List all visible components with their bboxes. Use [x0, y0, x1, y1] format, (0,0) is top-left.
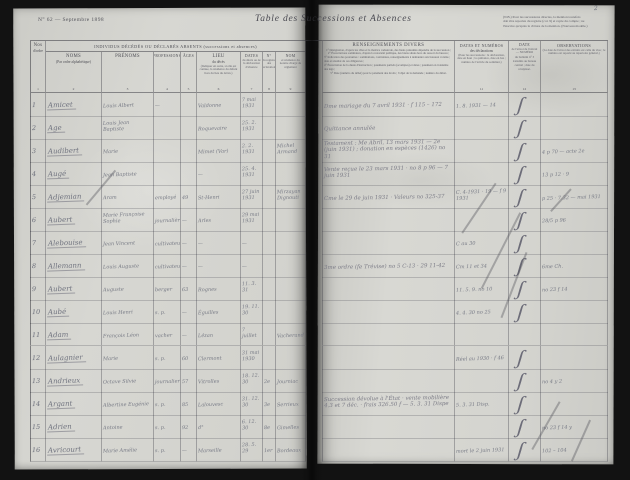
row-number-cell: 5: [30, 185, 46, 209]
dispatch-paraph-cell: ∫: [509, 300, 541, 324]
death-date-cell: 19. 11. 30: [241, 300, 263, 324]
observation: 4 p 70 — acte 2e: [542, 149, 585, 156]
death-date: 27 juin 1931: [242, 190, 261, 202]
book-gutter-cell: [306, 300, 322, 324]
age-cell: [181, 162, 197, 186]
paraph-flourish: ∫: [515, 301, 526, 322]
row-number: 13: [32, 378, 41, 386]
given-names-cell: Octave Silvie: [102, 369, 154, 393]
register-number-cell: [263, 323, 276, 346]
dispatch-paraph-cell: ∫: [509, 415, 541, 439]
death-place: d°: [198, 426, 204, 432]
row-number: 9: [32, 286, 36, 294]
observations-cell: 4 p 70 — acte 2e: [541, 139, 608, 163]
misc-information: Quittance annulée: [324, 126, 375, 133]
table-row: 12 Aulagnier Marie s. p. 60 Clermont 31 …: [30, 346, 608, 369]
profession-cell: berger: [154, 277, 181, 301]
given-names: Marie Amélie: [103, 448, 137, 455]
surname: Allemann: [47, 261, 85, 271]
paraph-flourish: ∫: [515, 232, 526, 253]
death-place-cell: d°: [197, 415, 241, 439]
dispatch-paraph-cell: [509, 323, 541, 346]
issue-number: N° 62 — Septembre 1898: [38, 17, 104, 23]
surname: Aubert: [47, 285, 76, 295]
row-number: 5: [32, 194, 36, 202]
dispatch-paraph-cell: ∫: [509, 93, 541, 117]
death-place-cell: Arles: [197, 208, 241, 232]
surname: Aubert: [47, 216, 76, 226]
surname-cell: Aubert: [46, 208, 102, 232]
death-place-cell: Valdonne: [197, 93, 241, 117]
declaration-cell: [455, 415, 509, 439]
scanned-register-spread: N° 62 — Septembre 1898 Table des Success…: [0, 0, 630, 480]
observations-cell: 6me Ch.: [541, 254, 608, 278]
book-gutter-cell: [306, 438, 322, 462]
notary: Vacherand: [277, 334, 304, 341]
notary-cell: [276, 208, 306, 232]
age-cell: —: [181, 438, 197, 462]
profession: journalière: [155, 219, 181, 226]
book-gutter-cell: [306, 162, 322, 186]
profession: s. p.: [155, 449, 166, 455]
row-number-cell: 2: [30, 116, 46, 140]
declaration-cell: [455, 369, 509, 393]
given-names: Marie Françoise Sophie: [103, 212, 152, 225]
age: —: [182, 242, 187, 248]
declaration-cell: [455, 162, 509, 186]
profession-cell: journalière: [154, 208, 181, 232]
observation: no 23 f 14 y: [542, 425, 572, 432]
row-number: 8: [32, 263, 36, 271]
row-number-cell: 6: [30, 208, 46, 232]
paraph-flourish: ∫: [515, 163, 526, 184]
observations-cell: [541, 346, 608, 370]
surname-cell: Argant: [46, 392, 102, 416]
group-header-deceased: INDIVIDUS DÉCÉDÉS OU DÉCLARÉS ABSENTS (s…: [46, 41, 306, 52]
table-row: 3 Audibert Marie Mimet (Var) 2. 2. 1931 …: [30, 139, 608, 162]
death-place-cell: St-Henri: [197, 185, 241, 209]
observations-cell: [541, 300, 608, 324]
column-header-register-number: N° du registre des déclarations 8: [263, 52, 276, 93]
given-names-cell: Marie: [102, 139, 154, 163]
notary: Gimelles: [277, 426, 299, 433]
misc-information-cell: [322, 208, 455, 232]
misc-information-cell: [322, 231, 455, 255]
dispatch-paraph-cell: ∫: [509, 208, 541, 232]
notary-cell: Michel Armand: [276, 139, 306, 163]
death-place-cell: Lalouvesc: [197, 392, 241, 416]
book-gutter-cell: [306, 185, 322, 209]
register-number-cell: [263, 231, 276, 255]
misc-information-cell: [322, 346, 455, 370]
notary-cell: [276, 346, 306, 370]
table-row: 9 Aubert Auguste berger 63 Rognes 11. 3.…: [30, 277, 608, 300]
row-number-cell: 10: [30, 300, 46, 324]
given-names-cell: Jean Baptiste: [102, 162, 154, 186]
observation: 6me Ch.: [542, 265, 563, 271]
row-number: 11: [32, 332, 41, 340]
dispatch-paraph-cell: ∫: [509, 346, 541, 370]
notary: Serrieux: [277, 403, 299, 410]
corner-note-line: l'inscrire qu'après la clôture de la men…: [503, 24, 613, 28]
death-place-cell: Marseille: [197, 438, 241, 462]
notary-cell: Vacherand: [276, 323, 306, 346]
profession: vacher: [155, 334, 172, 340]
death-date: 2. 2. 1931: [242, 144, 261, 156]
row-number: 10: [32, 309, 41, 317]
given-names: Antoine: [103, 426, 123, 432]
observations-cell: 102 – 104: [541, 438, 608, 462]
death-date-cell: —: [241, 254, 263, 278]
profession-cell: s. p.: [154, 300, 181, 324]
table-row: 14 Argant Albertine Eugénie s. p. 85 Lal…: [30, 392, 608, 415]
dispatch-paraph-cell: ∫: [509, 185, 541, 209]
death-place-cell: Roquevaire: [197, 116, 241, 140]
age: 49: [182, 196, 189, 202]
given-names: Aram: [103, 196, 117, 202]
death-place-cell: Éguilles: [197, 300, 241, 324]
paraph-flourish: ∫: [515, 140, 526, 161]
row-number-cell: 14: [30, 392, 46, 416]
notary-cell: [276, 231, 306, 255]
profession-cell: s. p.: [154, 415, 181, 439]
misc-information-cell: 3me ordre (fe Trévise) no 5 C-13 · 29 11…: [322, 254, 455, 278]
given-names-cell: Louis Albert: [102, 93, 154, 117]
table-row: 7 Alebouise Jean Vincent cultivateur — —…: [30, 231, 608, 254]
observations-cell: 28/5 p 96: [541, 208, 608, 232]
profession: cultivateur: [155, 265, 181, 272]
row-number: 3: [32, 148, 36, 156]
row-number-cell: 11: [30, 323, 46, 346]
register-number-cell: [263, 300, 276, 324]
row-number-cell: 13: [30, 369, 46, 393]
profession-cell: cultivateur: [154, 231, 181, 255]
death-date: —: [242, 265, 247, 271]
age-cell: [181, 139, 197, 163]
dispatch-paraph-cell: ∫: [509, 116, 541, 140]
age: —: [182, 219, 187, 225]
death-date-cell: —: [241, 231, 263, 255]
dispatch-paraph-cell: ∫: [509, 369, 541, 393]
given-names-cell: Auguste: [102, 277, 154, 301]
death-date: 18. 12. 30: [242, 374, 261, 386]
surname-cell: Amicet: [46, 93, 102, 117]
given-names: Auguste: [103, 288, 124, 294]
given-names-cell: Louis Auguste: [102, 254, 154, 278]
column-header-order-number: Nos d'ordre 1: [30, 41, 46, 93]
misc-information: Vente reçue le 23 mars 1931 · no 8 p 96 …: [324, 165, 453, 180]
column-header-observations: OBSERVATIONS (La date de l'envoi des ext…: [541, 41, 608, 93]
register-number: 2e: [264, 380, 270, 386]
given-names-cell: Albertine Eugénie: [102, 392, 154, 416]
observations-cell: [541, 93, 608, 117]
declaration-cell: [455, 116, 509, 140]
profession-cell: —: [154, 93, 181, 117]
row-number: 12: [32, 355, 41, 363]
death-date: 25. 2. 1931: [242, 121, 261, 133]
book-gutter-cell: [306, 369, 322, 393]
notary: Bordeaux: [277, 449, 301, 456]
death-place-cell: Vitrolles: [197, 369, 241, 393]
death-place-cell: —: [197, 162, 241, 186]
table-row: 10 Aubé Louis Henri s. p. — Éguilles 19.…: [30, 300, 608, 323]
death-date-cell: 28. 5. 29: [241, 438, 263, 462]
observations-cell: [541, 323, 608, 346]
given-names: Louis Albert: [103, 103, 134, 110]
declaration: 1. 8. 1931 — 14: [456, 103, 496, 110]
death-date-cell: 29 mai 1931: [241, 208, 263, 232]
column-header-professions: PROFESSIONS 4: [154, 52, 181, 93]
book-gutter-cell: [306, 116, 322, 140]
surname-cell: Andrieux: [46, 369, 102, 393]
observation: no 4 y 2: [542, 380, 562, 386]
observations-cell: no 23 f 14 y: [541, 415, 608, 439]
table-body: 1 Amicet Louis Albert — Valdonne 7 mai 1…: [30, 93, 608, 461]
surname-cell: Age: [46, 116, 102, 140]
surname-cell: Allemann: [46, 254, 102, 278]
death-place-cell: —: [197, 231, 241, 255]
death-date: 25. 4. 1931: [242, 167, 261, 179]
table-row: 5 Adjemian Aram employé 49 St-Henri 27 j…: [30, 185, 608, 208]
register-number-cell: [263, 93, 276, 117]
observation: 102 – 104: [542, 449, 567, 456]
given-names: Marie: [103, 357, 118, 363]
surname-cell: Adjemian: [46, 185, 102, 209]
column-header-declarations: DATES ET NUMÉROS des déclarations (Pour …: [455, 41, 509, 93]
pencil-page-number: 2: [594, 5, 598, 12]
observations-cell: p 25 · 7.32 — mai 1931: [541, 185, 608, 209]
age-cell: —: [181, 323, 197, 346]
profession: s. p.: [155, 311, 166, 317]
death-place: Arles: [198, 219, 211, 225]
profession: s. p.: [155, 426, 166, 432]
column-header-ages: ÂGES 5: [181, 52, 197, 93]
column-header-surnames: NOMS (Par ordre alphabétique) 2: [46, 52, 102, 93]
death-date-cell: 25. 2. 1931: [241, 116, 263, 140]
misc-information-cell: Quittance annulée: [322, 116, 455, 140]
age-cell: [181, 116, 197, 140]
profession: cultivateur: [155, 242, 181, 249]
death-date: 6. 12. 30: [242, 420, 261, 432]
declaration-cell: 1. 8. 1931 — 14: [455, 93, 509, 117]
register-number-cell: [263, 185, 276, 209]
age: —: [182, 265, 187, 271]
misc-information-cell: [322, 300, 455, 324]
surname: Aulagnier: [47, 353, 86, 363]
declaration: Cm 11 et 34: [456, 264, 487, 271]
paraph-flourish: ∫: [515, 347, 526, 368]
age-cell: [181, 93, 197, 117]
row-number: 2: [32, 125, 36, 133]
death-place: —: [198, 173, 203, 179]
misc-information-cell: [322, 277, 455, 301]
notary-cell: [276, 93, 306, 117]
misc-information-cell: [322, 369, 455, 393]
death-date: 11. 3. 31: [242, 282, 261, 294]
death-place-cell: Mimet (Var): [197, 139, 241, 163]
surname-cell: Avricourt: [46, 438, 102, 462]
book-gutter: [306, 41, 322, 93]
profession-cell: s. p.: [154, 438, 181, 462]
given-names: Marie: [103, 150, 118, 156]
book-gutter-cell: [306, 139, 322, 163]
death-place: Clermont: [198, 357, 222, 364]
table-row: 16 Avricourt Marie Amélie s. p. — Marsei…: [30, 438, 608, 461]
misc-information-cell: [322, 438, 455, 462]
corner-printed-note: (N.B.) Pour les successions directes, la…: [503, 15, 613, 28]
age-cell: —: [181, 208, 197, 232]
death-date-cell: 31. 12. 30: [241, 392, 263, 416]
death-date-cell: 2. 2. 1931: [241, 139, 263, 163]
declaration-cell: 5. 3. 31 Disp.: [455, 392, 509, 416]
death-date: 31. 12. 30: [242, 397, 261, 409]
death-date-cell: 27 juin 1931: [241, 185, 263, 209]
death-date-cell: 31 mai 1930: [241, 346, 263, 370]
register-number: 8e: [264, 426, 270, 432]
death-place: Lézan: [198, 334, 213, 340]
surname: Alebouise: [47, 238, 86, 248]
surname: Age: [47, 124, 65, 134]
age: 92: [182, 426, 189, 432]
surname: Avricourt: [47, 445, 84, 455]
register-number-cell: [263, 254, 276, 278]
given-names: Albertine Eugénie: [103, 402, 149, 409]
row-number: 6: [32, 217, 36, 225]
death-date: 31 mai 1930: [242, 351, 261, 363]
death-date-cell: 6. 12. 30: [241, 415, 263, 439]
surname-cell: Adam: [46, 323, 102, 346]
death-date-cell: 18. 12. 30: [241, 369, 263, 393]
dispatch-paraph-cell: ∫: [509, 162, 541, 186]
death-date: 28. 5. 29: [242, 443, 261, 455]
observations-cell: [541, 392, 608, 416]
death-date: 19. 11. 30: [242, 305, 261, 317]
given-names-cell: Louis Jean Baptiste: [102, 116, 154, 140]
declaration: Réel au 1930 · f 46: [456, 356, 504, 363]
observations-cell: [541, 116, 608, 140]
surname-cell: Aubé: [46, 300, 102, 324]
death-date-cell: 25. 4. 1931: [241, 162, 263, 186]
paraph-flourish: ∫: [515, 209, 526, 230]
book-gutter-cell: [306, 208, 322, 232]
surname: Adam: [47, 331, 72, 341]
row-number-cell: 8: [30, 254, 46, 278]
given-names-cell: Jean Vincent: [102, 231, 154, 255]
table-header: Nos d'ordre 1 INDIVIDUS DÉCÉDÉS OU DÉCLA…: [30, 40, 608, 93]
row-number: 15: [32, 424, 41, 432]
paraph-flourish: ∫: [515, 94, 526, 115]
profession: journalier: [155, 380, 180, 387]
paraph-flourish: ∫: [515, 393, 526, 414]
row-number-cell: 15: [30, 415, 46, 439]
surname-cell: Aulagnier: [46, 346, 102, 370]
dispatch-paraph-cell: ∫: [509, 139, 541, 163]
age: —: [182, 311, 187, 317]
row-number: 7: [32, 240, 36, 248]
surname-cell: Adrien: [46, 415, 102, 439]
given-names-cell: Antoine: [102, 415, 154, 439]
misc-information-cell: Testament : Me Abril, 13 mars 1931 — 2e …: [322, 139, 455, 163]
register-number: 1er: [264, 449, 273, 455]
age: 60: [182, 357, 189, 363]
table-row: 2 Age Louis Jean Baptiste Roquevaire 25.…: [30, 116, 608, 139]
register-number-cell: [263, 139, 276, 163]
table-row: 4 Augé Jean Baptiste — 25. 4. 1931 Vente…: [30, 162, 608, 185]
declaration-cell: 11. 5. 9. no 10: [455, 277, 509, 301]
notary-cell: Serrieux: [276, 392, 306, 416]
paraph-flourish: ∫: [515, 186, 526, 207]
misc-information: Testament : Me Abril, 13 mars 1931 — 2e …: [324, 139, 453, 160]
surname: Adrien: [47, 423, 75, 433]
dispatch-paraph-cell: ∫: [509, 254, 541, 278]
dispatch-paraph-cell: ∫: [509, 392, 541, 416]
row-number-cell: 7: [30, 231, 46, 255]
profession: employé: [155, 196, 176, 202]
misc-information-cell: Succession dévolue à l'État · vente mobi…: [322, 392, 455, 416]
surname-cell: Audibert: [46, 139, 102, 163]
surname: Argant: [47, 400, 76, 410]
paraph-flourish: ∫: [515, 255, 526, 276]
profession-cell: [154, 139, 181, 163]
death-place: Roquevaire: [198, 126, 227, 133]
row-number-cell: 12: [30, 346, 46, 370]
register-number-cell: 8e: [263, 415, 276, 439]
notary-cell: Gimelles: [276, 415, 306, 439]
given-names: Jean Vincent: [103, 241, 135, 248]
age: 63: [182, 288, 189, 294]
notary-cell: [276, 300, 306, 324]
row-number-cell: 9: [30, 277, 46, 301]
declaration: 11. 5. 9. no 10: [456, 287, 493, 294]
misc-information-cell: [322, 415, 455, 439]
profession-cell: [154, 162, 181, 186]
declaration: 4. 4. 30 no 25: [456, 310, 491, 317]
row-number-cell: 1: [30, 93, 46, 117]
notary-cell: [276, 116, 306, 140]
declaration-cell: [455, 208, 509, 232]
death-place: Valdonne: [198, 104, 222, 111]
declaration: mort le 2 juin 1931: [456, 448, 505, 455]
death-place-cell: —: [197, 254, 241, 278]
death-place: St-Henri: [198, 196, 220, 203]
death-place: Lalouvesc: [198, 403, 223, 410]
surname: Adjemian: [47, 192, 85, 202]
misc-information: Succession dévolue à l'État · vente mobi…: [324, 395, 453, 410]
profession-cell: s. p.: [154, 392, 181, 416]
paraph-flourish: ∫: [515, 370, 526, 391]
given-names: François Léon: [103, 333, 139, 340]
surname: Andrieux: [47, 376, 84, 386]
paraph-flourish: ∫: [515, 278, 526, 299]
declaration-cell: Cm 11 et 34: [455, 254, 509, 278]
column-header-dispatch-date: DATE de l'envoi de l'extrait — NUMÉRO du…: [509, 41, 541, 93]
notary: Michel Armand: [277, 144, 304, 156]
book-gutter-cell: [306, 277, 322, 301]
death-date: 7 juillet: [242, 328, 261, 340]
age: 57: [182, 380, 189, 386]
death-date-cell: 7 mai 1931: [241, 93, 263, 117]
notary: Mirzayan Dignouti: [277, 190, 304, 202]
dispatch-paraph-cell: ∫: [509, 438, 541, 462]
register-number: 3e: [264, 403, 270, 409]
register-number-cell: [263, 116, 276, 140]
death-date: 29 mai 1931: [242, 213, 261, 225]
row-number: 16: [32, 447, 41, 455]
death-place: Éguilles: [198, 311, 219, 317]
notary-cell: Journiac: [276, 369, 306, 393]
age: —: [182, 334, 187, 340]
profession-cell: employé: [154, 185, 181, 209]
